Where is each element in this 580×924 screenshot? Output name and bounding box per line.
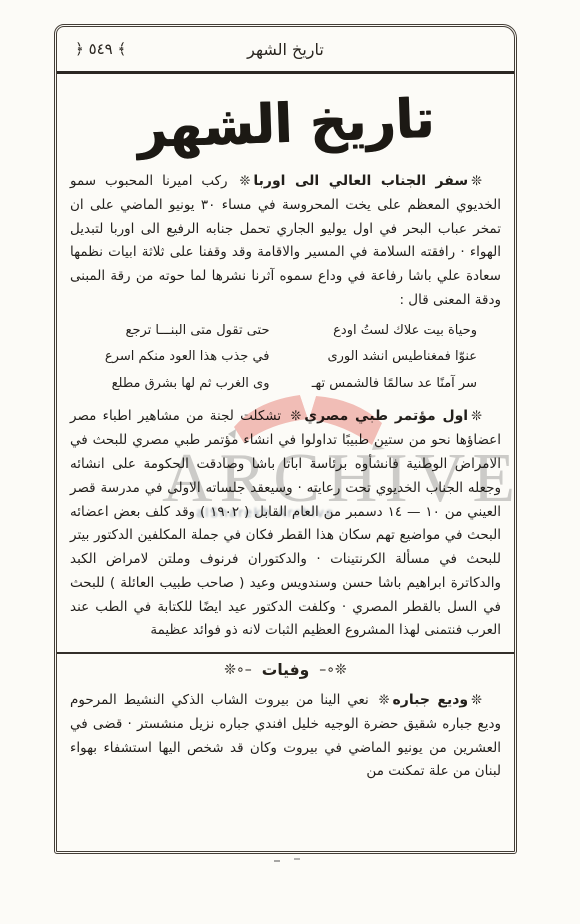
running-title: تاريخ الشهر <box>247 40 324 59</box>
section-title: وفيات <box>262 661 310 679</box>
hemistich-right: سر آمنًا عد سالمًا فالشمس تهـ <box>302 371 478 398</box>
flourish-ornament-icon: –∘❊ <box>224 662 252 678</box>
scanned-page: ﴿ ٥٤٩ ﴾ تاريخ الشهر تاريخ الشهر ❊سفر الج… <box>0 0 580 924</box>
page-number: ﴿ ٥٤٩ ﴾ <box>75 40 126 58</box>
article-khedive-travel: ❊سفر الجناب العالي الى اوربا❊ ركب اميرنا… <box>70 169 501 313</box>
article-title: وديع جباره <box>393 692 469 708</box>
poem-verse: عنوّا فمغناطيس انشد الورى في جذب هذا الع… <box>94 344 477 371</box>
farewell-poem: وحياة بيت علاك لستُ اودع حتى تقول متى ال… <box>94 318 477 398</box>
page-content: ❊سفر الجناب العالي الى اوربا❊ ركب اميرنا… <box>57 169 514 784</box>
masthead-calligraphy: تاريخ الشهر <box>67 80 503 168</box>
stray-ink-dots <box>274 860 280 862</box>
flourish-ornament-icon: ❊∘– <box>319 662 347 678</box>
flower-ornament-icon: ❊ <box>287 409 304 424</box>
article-title: سفر الجناب العالي الى اوربا <box>253 173 468 189</box>
running-header: ﴿ ٥٤٩ ﴾ تاريخ الشهر <box>57 27 514 74</box>
article-body: تشكلت لجنة من مشاهير اطباء مصر اعضاؤها ن… <box>70 408 501 638</box>
flower-ornament-icon: ❊ <box>468 174 485 189</box>
flower-ornament-icon: ❊ <box>376 693 393 708</box>
poem-verse: وحياة بيت علاك لستُ اودع حتى تقول متى ال… <box>94 318 477 345</box>
section-divider-rule <box>57 652 514 654</box>
article-obituary-wadih-jbara: ❊وديع جباره❊ نعي الينا من بيروت الشاب ال… <box>70 688 501 784</box>
article-title: اول مؤتمر طبي مصري <box>304 408 468 424</box>
hemistich-left: في جذب هذا العود منكم اسرع <box>94 344 270 371</box>
poem-verse: سر آمنًا عد سالمًا فالشمس تهـ وى الغرب ث… <box>94 371 477 398</box>
flower-ornament-icon: ❊ <box>468 409 485 424</box>
flower-ornament-icon: ❊ <box>237 174 254 189</box>
page-border-frame: ﴿ ٥٤٩ ﴾ تاريخ الشهر تاريخ الشهر ❊سفر الج… <box>54 24 517 854</box>
hemistich-left: حتى تقول متى البنـــا ترجع <box>94 318 270 345</box>
flower-ornament-icon: ❊ <box>468 693 485 708</box>
obituaries-section-header: ❊∘– وفيات –∘❊ <box>70 661 501 679</box>
hemistich-left: وى الغرب ثم لها بشرق مطلع <box>94 371 270 398</box>
hemistich-right: وحياة بيت علاك لستُ اودع <box>302 318 478 345</box>
hemistich-right: عنوّا فمغناطيس انشد الورى <box>302 344 478 371</box>
article-medical-congress: ❊اول مؤتمر طبي مصري❊ تشكلت لجنة من مشاهي… <box>70 404 501 643</box>
article-body: ركب اميرنا المحبوب سمو الخديوي المعظم عل… <box>70 173 501 308</box>
